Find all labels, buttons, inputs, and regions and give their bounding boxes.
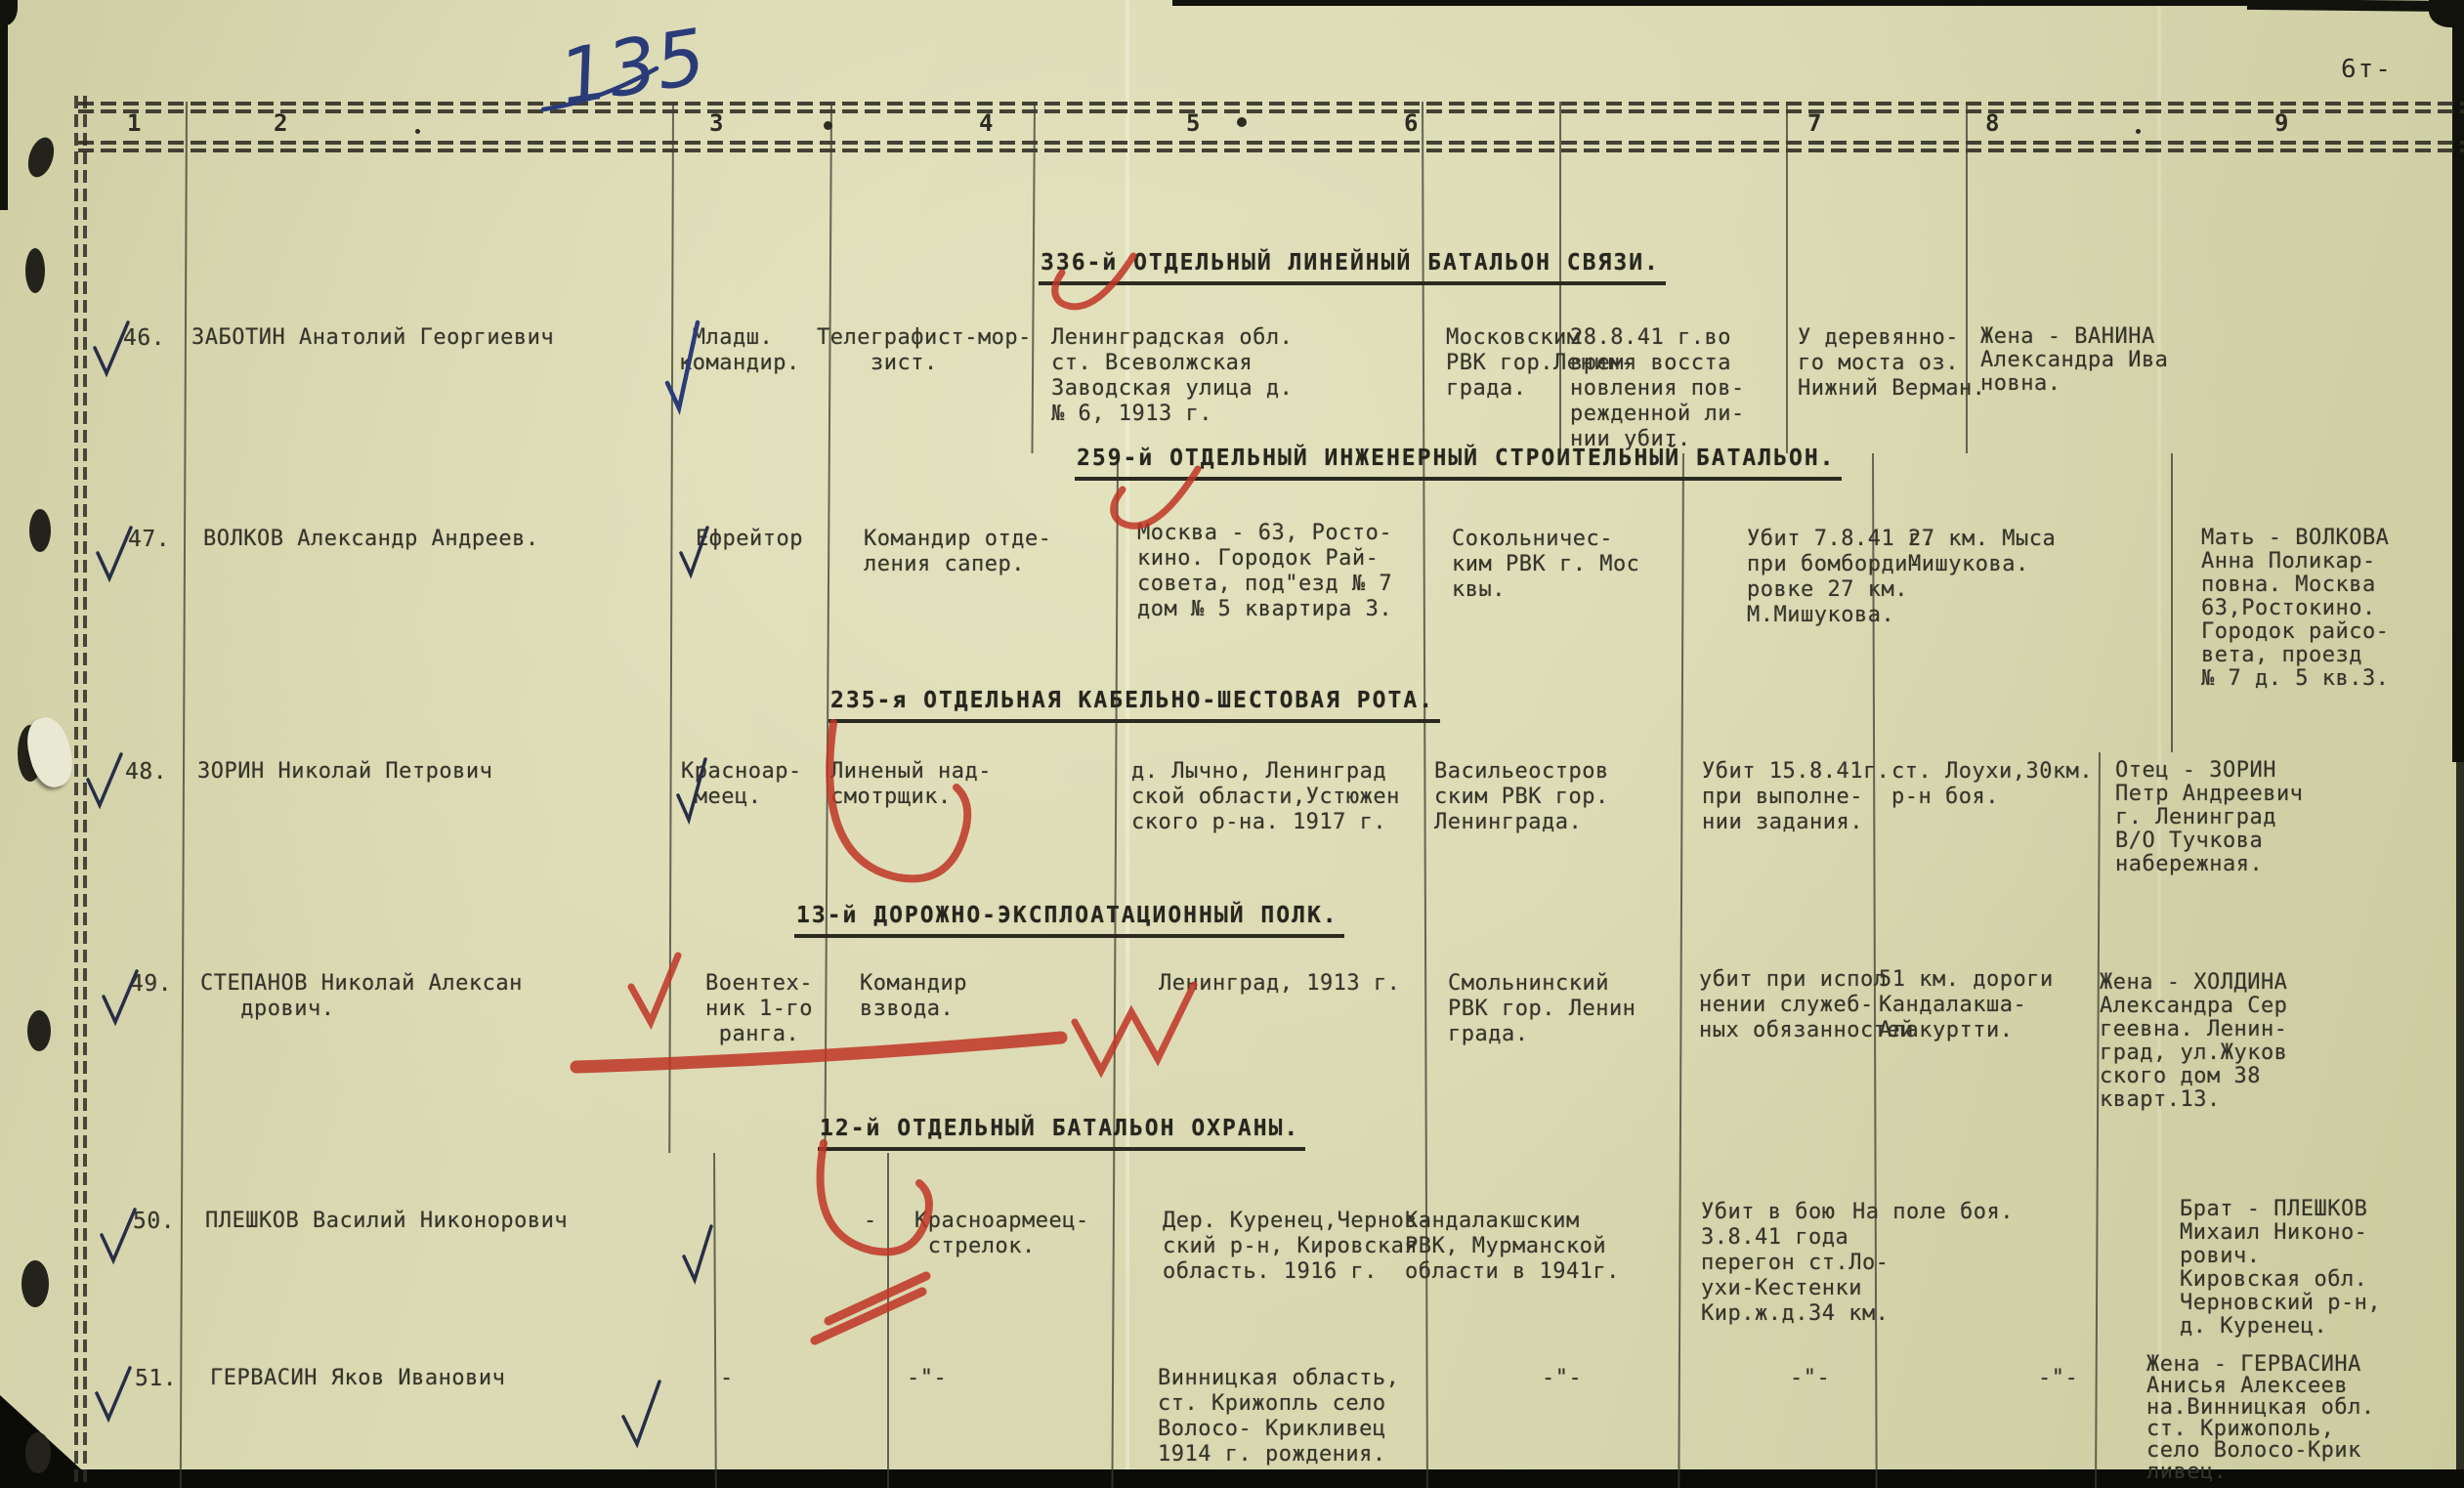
row-46-casualty: 28.8.41 г.во время восста новления пов- … [1570, 325, 1745, 452]
column-rule [1111, 453, 1119, 1488]
column-number-9: 9 [2274, 109, 2288, 137]
page-number: 6т- [2341, 55, 2393, 84]
row-47-name: ВОЛКОВ Александр Андреев. [203, 527, 539, 552]
section-title-13: 13-й ДОРОЖНО-ЭКСПЛОАТАЦИОННЫЙ ПОЛК. [794, 903, 1344, 938]
column-number-8: 8 [1985, 109, 1999, 137]
row-46-relatives: Жена - ВАНИНА Александра Ива новна. [1980, 325, 2168, 396]
row-49-birthplace: Ленинград, 1913 г. [1159, 971, 1400, 997]
row-50-rank: - [864, 1209, 877, 1234]
binder-hole [21, 1260, 49, 1307]
margin-rule [83, 96, 87, 1488]
paper-crease [2157, 0, 2161, 1488]
row-47-draft-office: Сокольничес- ким РВК г. Мос квы. [1452, 527, 1639, 603]
column-number-1: 1 [127, 109, 141, 137]
separator-dot [824, 121, 832, 130]
row-47-number: 47. [128, 527, 170, 552]
row-51-rank: - [720, 1366, 734, 1391]
row-47-relatives: Мать - ВОЛКОВА Анна Поликар- повна. Моск… [2201, 527, 2389, 691]
row-51-casualty: -"- [1790, 1366, 1830, 1391]
column-rule [2171, 453, 2173, 752]
column-rule [180, 102, 188, 1488]
table-header-rule [78, 141, 2464, 153]
row-49-burial: 51 км. дороги Кандалакша- Алакуртти. [1879, 967, 2054, 1043]
binder-hole [29, 509, 51, 552]
row-50-number: 50. [133, 1209, 175, 1234]
row-47-casualty: Убит 7.8.41 г. при бомборди- ровке 27 км… [1747, 527, 1934, 628]
row-46-number: 46. [123, 325, 165, 351]
binder-hole [25, 1432, 51, 1473]
row-46-burial: У деревянно- го моста оз. Нижний Верман. [1798, 325, 1985, 402]
row-49-position: Командир взвода. [860, 971, 967, 1022]
row-49-name: СТЕПАНОВ Николай Алексан дрович. [200, 971, 523, 1022]
column-rule [887, 1153, 889, 1488]
row-46-name: ЗАБОТИН Анатолий Георгиевич [191, 325, 554, 351]
margin-rule [74, 96, 78, 1488]
column-number-5: 5 [1186, 109, 1200, 137]
column-rule [1031, 102, 1036, 453]
row-48-rank: Красноар- меец. [681, 759, 802, 810]
binder-hole [27, 1010, 51, 1051]
column-number-2: 2 [274, 109, 287, 137]
scan-edge [2456, 684, 2464, 1488]
row-49-number: 49. [130, 971, 172, 997]
scan-edge [1172, 0, 2269, 6]
row-51-position: -"- [907, 1366, 947, 1391]
binder-hole [23, 134, 59, 180]
row-51-name: ГЕРВАСИН Яков Иванович [210, 1366, 505, 1391]
separator-dot [1237, 117, 1247, 127]
row-51-relatives: Жена - ГЕРВАСИНА Анисья Алексеев на.Винн… [2146, 1354, 2375, 1483]
row-46-rank: Младш. командир. [679, 325, 800, 376]
row-49-rank: Воентех- ник 1-го ранга. [705, 971, 813, 1047]
row-48-number: 48. [125, 759, 167, 785]
column-rule [1786, 102, 1788, 453]
row-49-relatives: Жена - ХОЛДИНА Александра Сер геевна. Ле… [2100, 971, 2287, 1112]
row-46-birthplace: Ленинградская обл. ст. Всеволжская Завод… [1051, 325, 1293, 427]
row-51-draft-office: -"- [1542, 1366, 1582, 1391]
column-rule [824, 102, 832, 1153]
column-rule [1678, 453, 1684, 1488]
binder-hole [25, 248, 45, 293]
row-51-number: 51. [135, 1366, 177, 1391]
row-51-burial: -"- [2038, 1366, 2078, 1391]
column-number-7: 7 [1807, 109, 1821, 137]
row-48-burial: ст. Лоухи,30км. р-н боя. [1891, 759, 2093, 810]
row-48-name: ЗОРИН Николай Петрович [197, 759, 492, 785]
row-47-position: Командир отде- ления сапер. [864, 527, 1051, 577]
column-number-4: 4 [979, 109, 993, 137]
row-50-name: ПЛЕШКОВ Василий Никонорович [205, 1209, 568, 1234]
row-46-position: Телеграфист-мор- зист. [817, 325, 1032, 376]
row-47-rank: Ефрейтор [696, 527, 803, 552]
column-rule [2095, 752, 2101, 1488]
section-title-336: 336-й ОТДЕЛЬНЫЙ ЛИНЕЙНЫЙ БАТАЛЬОН СВЯЗИ. [1039, 250, 1666, 285]
separator-dot [2136, 129, 2141, 134]
row-48-draft-office: Васильеостров ским РВК гор. Ленинграда. [1434, 759, 1609, 835]
row-48-birthplace: д. Лычно, Ленинград ской области,Устюжен… [1131, 759, 1400, 835]
scan-edge [2452, 0, 2464, 762]
section-title-12: 12-й ОТДЕЛЬНЫЙ БАТАЛЬОН ОХРАНЫ. [818, 1116, 1305, 1151]
column-number-6: 6 [1404, 109, 1418, 137]
scan-edge [0, 1395, 103, 1488]
paper-crease [1126, 0, 1129, 1488]
row-48-casualty: Убит 15.8.41г. при выполне- нии задания. [1702, 759, 1890, 835]
row-50-position: Красноармеец- стрелок. [914, 1209, 1089, 1259]
column-rule [713, 1153, 717, 1488]
row-51-birthplace: Винницкая область, ст. Крижопль село Вол… [1158, 1366, 1399, 1467]
row-48-relatives: Отец - ЗОРИН Петр Андреевич г. Ленинград… [2115, 759, 2303, 876]
table-header-rule [78, 102, 2464, 114]
separator-dot [415, 129, 420, 134]
row-47-burial: 27 км. Мыса Мишукова. [1908, 527, 2056, 577]
section-title-235: 235-я ОТДЕЛЬНАЯ КАБЕЛЬНО-ШЕСТОВАЯ РОТА. [828, 688, 1440, 723]
column-number-3: 3 [709, 109, 723, 137]
row-50-draft-office: Кандалакшским РВК, Мурманской области в … [1405, 1209, 1620, 1285]
row-50-burial: На поле боя. [1852, 1200, 2014, 1225]
column-rule [668, 102, 674, 1153]
scan-edge [0, 0, 8, 210]
row-47-birthplace: Москва - 63, Росто- кино. Городок Рай- с… [1137, 521, 1392, 622]
row-48-position: Линеный над- смотрщик. [830, 759, 992, 810]
row-49-draft-office: Смольнинский РВК гор. Ленин града. [1448, 971, 1636, 1047]
scanned-document-page: 1 2 3 4 5 6 7 8 9 6т- 336-й ОТДЕЛЬНЫЙ ЛИ… [0, 0, 2464, 1488]
row-50-relatives: Брат - ПЛЕШКОВ Михаил Никоно- рович. Кир… [2180, 1198, 2381, 1339]
row-50-birthplace: Дер. Куренец,Чернов- ский р-н, Кировская… [1163, 1209, 1431, 1285]
